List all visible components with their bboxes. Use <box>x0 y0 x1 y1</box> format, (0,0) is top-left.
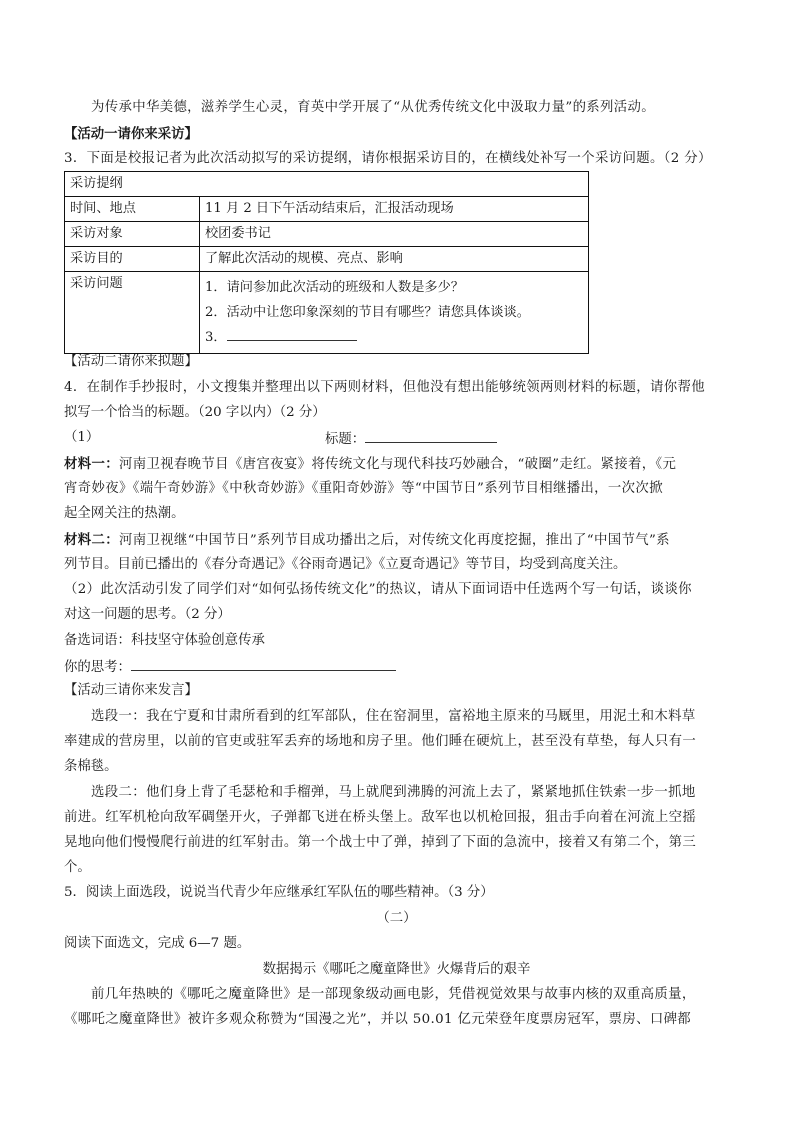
excerpt-1-line3: 条棉毯。 <box>64 758 118 776</box>
excerpt-2-line3: 晃地向他们慢慢爬行前进的红军射击。第一个战士中了弹，掉到了下面的急流中，接着又有… <box>64 834 724 852</box>
interview-question-1: 1．请问参加此次活动的班级和人数是多少？ <box>205 275 583 300</box>
questions-cell: 1．请问参加此次活动的班级和人数是多少？ 2．活动中让您印象深刻的节目有哪些？请… <box>200 272 589 354</box>
thinking-label: 你的思考： <box>64 660 131 675</box>
question-4-line1: 4．在制作手抄报时，小文搜集并整理出以下两则材料，但他没有想出能够统领两则材料的… <box>64 379 724 397</box>
question-3: 3．下面是校报记者为此次活动拟写的采访提纲，请你根据采访目的，在横线处补写一个采… <box>64 150 724 168</box>
table-key: 采访目的 <box>65 247 200 272</box>
activity3-heading: 【活动三请你来发言】 <box>64 682 198 700</box>
title-label: 标题： <box>325 432 365 447</box>
material-2-line1: 材料二：河南卫视继“中国节日”系列节目成功播出之后，对传统文化再度挖掘，推出了“… <box>64 531 724 550</box>
material-1-line1: 材料一：河南卫视春晚节目《唐宫夜宴》将传统文化与现代科技巧妙融合，“破圈”走红。… <box>64 455 724 474</box>
table-key: 时间、地点 <box>65 197 200 222</box>
material-2-text: 河南卫视继“中国节日”系列节目成功播出之后，对传统文化再度挖掘，推出了“中国节气… <box>119 533 670 548</box>
thinking-field: 你的思考： <box>64 657 396 677</box>
excerpt-1-line1: 选段一：我在宁夏和甘肃所看到的红军部队，住在窑洞里，富裕地主原来的马厩里，用泥土… <box>64 708 724 726</box>
table-key: 采访问题 <box>65 272 200 354</box>
activity1-heading: 【活动一请你来采访】 <box>64 125 198 143</box>
thinking-blank[interactable] <box>131 657 396 671</box>
table-row: 采访对象 校团委书记 <box>65 222 589 247</box>
table-row: 采访问题 1．请问参加此次活动的班级和人数是多少？ 2．活动中让您印象深刻的节目… <box>65 272 589 354</box>
interview-outline-table: 采访提纲 时间、地点 11 月 2 日下午活动结束后，汇报活动现场 采访对象 校… <box>64 171 589 354</box>
sub-question-2-line1: （2）此次活动引发了同学们对“如何弘扬传统文化”的热议，请从下面词语中任选两个写… <box>64 581 724 599</box>
table-value: 校团委书记 <box>200 222 589 247</box>
article-line1: 前几年热映的《哪吒之魔童降世》是一部现象级动画电影，凭借视觉效果与故事内核的双重… <box>64 986 724 1004</box>
excerpt-2-line2: 前进。红军机枪向敌军碉堡开火，子弹都飞迸在桥头堡上。敌军也以机枪回报，狙击手向着… <box>64 809 724 827</box>
table-value: 11 月 2 日下午活动结束后，汇报活动现场 <box>200 197 589 222</box>
material-1-line3: 起全网关注的热潮。 <box>64 505 185 523</box>
title-field: 标题： <box>325 429 497 449</box>
word-bank: 备选词语：科技坚守体验创意传承 <box>64 632 265 650</box>
table-row: 采访目的 了解此次活动的规模、亮点、影响 <box>65 247 589 272</box>
interview-question-2: 2．活动中让您印象深刻的节目有哪些？请您具体谈谈。 <box>205 300 583 325</box>
material-1-label: 材料一： <box>64 456 119 472</box>
table-row: 时间、地点 11 月 2 日下午活动结束后，汇报活动现场 <box>65 197 589 222</box>
sub-question-2-line2: 对这一问题的思考。（2 分） <box>64 606 231 624</box>
article-title: 数据揭示《哪吒之魔童降世》火爆背后的艰辛 <box>0 961 793 979</box>
question-5: 5．阅读上面选段，说说当代青少年应继承红军队伍的哪些精神。（3 分） <box>64 884 494 902</box>
material-1-text: 河南卫视春晚节目《唐宫夜宴》将传统文化与现代科技巧妙融合，“破圈”走红。紧接着，… <box>119 457 676 472</box>
interview-question-3: 3． <box>205 325 583 350</box>
title-blank[interactable] <box>365 429 497 443</box>
question-3-number: 3． <box>205 330 227 345</box>
table-key: 采访对象 <box>65 222 200 247</box>
excerpt-2-line4: 个。 <box>64 859 91 877</box>
excerpt-2-line1: 选段二：他们身上背了毛瑟枪和手榴弹，马上就爬到沸腾的河流上去了，紧紧地抓住铁索一… <box>64 784 724 802</box>
answer-blank[interactable] <box>227 327 357 341</box>
excerpt-1-line2: 率建成的营房里，以前的官吏或驻军丢弃的场地和房子里。他们睡在硬炕上，甚至没有草垫… <box>64 733 724 751</box>
sub-question-1-label: （1） <box>64 429 99 447</box>
activity2-heading: 【活动二请你来拟题】 <box>64 353 198 371</box>
reading-instruction: 阅读下面选文，完成 6—7 题。 <box>64 935 250 953</box>
article-line2: 《哪吒之魔童降世》被许多观众称赞为“国漫之光”，并以 50.01 亿元荣登年度票… <box>64 1011 724 1029</box>
table-title: 采访提纲 <box>65 172 589 197</box>
material-2-label: 材料二： <box>64 532 119 548</box>
material-1-line2: 宵奇妙夜》《端午奇妙游》《中秋奇妙游》《重阳奇妙游》等“中国节日”系列节目相继播… <box>64 480 724 498</box>
question-4-line2: 拟写一个恰当的标题。（20 字以内）（2 分） <box>64 404 326 422</box>
section-label: （二） <box>0 910 793 928</box>
intro-paragraph: 为传承中华美德，滋养学生心灵，育英中学开展了“从优秀传统文化中汲取力量”的系列活… <box>64 99 724 117</box>
table-value: 了解此次活动的规模、亮点、影响 <box>200 247 589 272</box>
material-2-line2: 列节目。目前已播出的《春分奇遇记》《谷雨奇遇记》《立夏奇遇记》等节目，均受到高度… <box>64 556 626 574</box>
